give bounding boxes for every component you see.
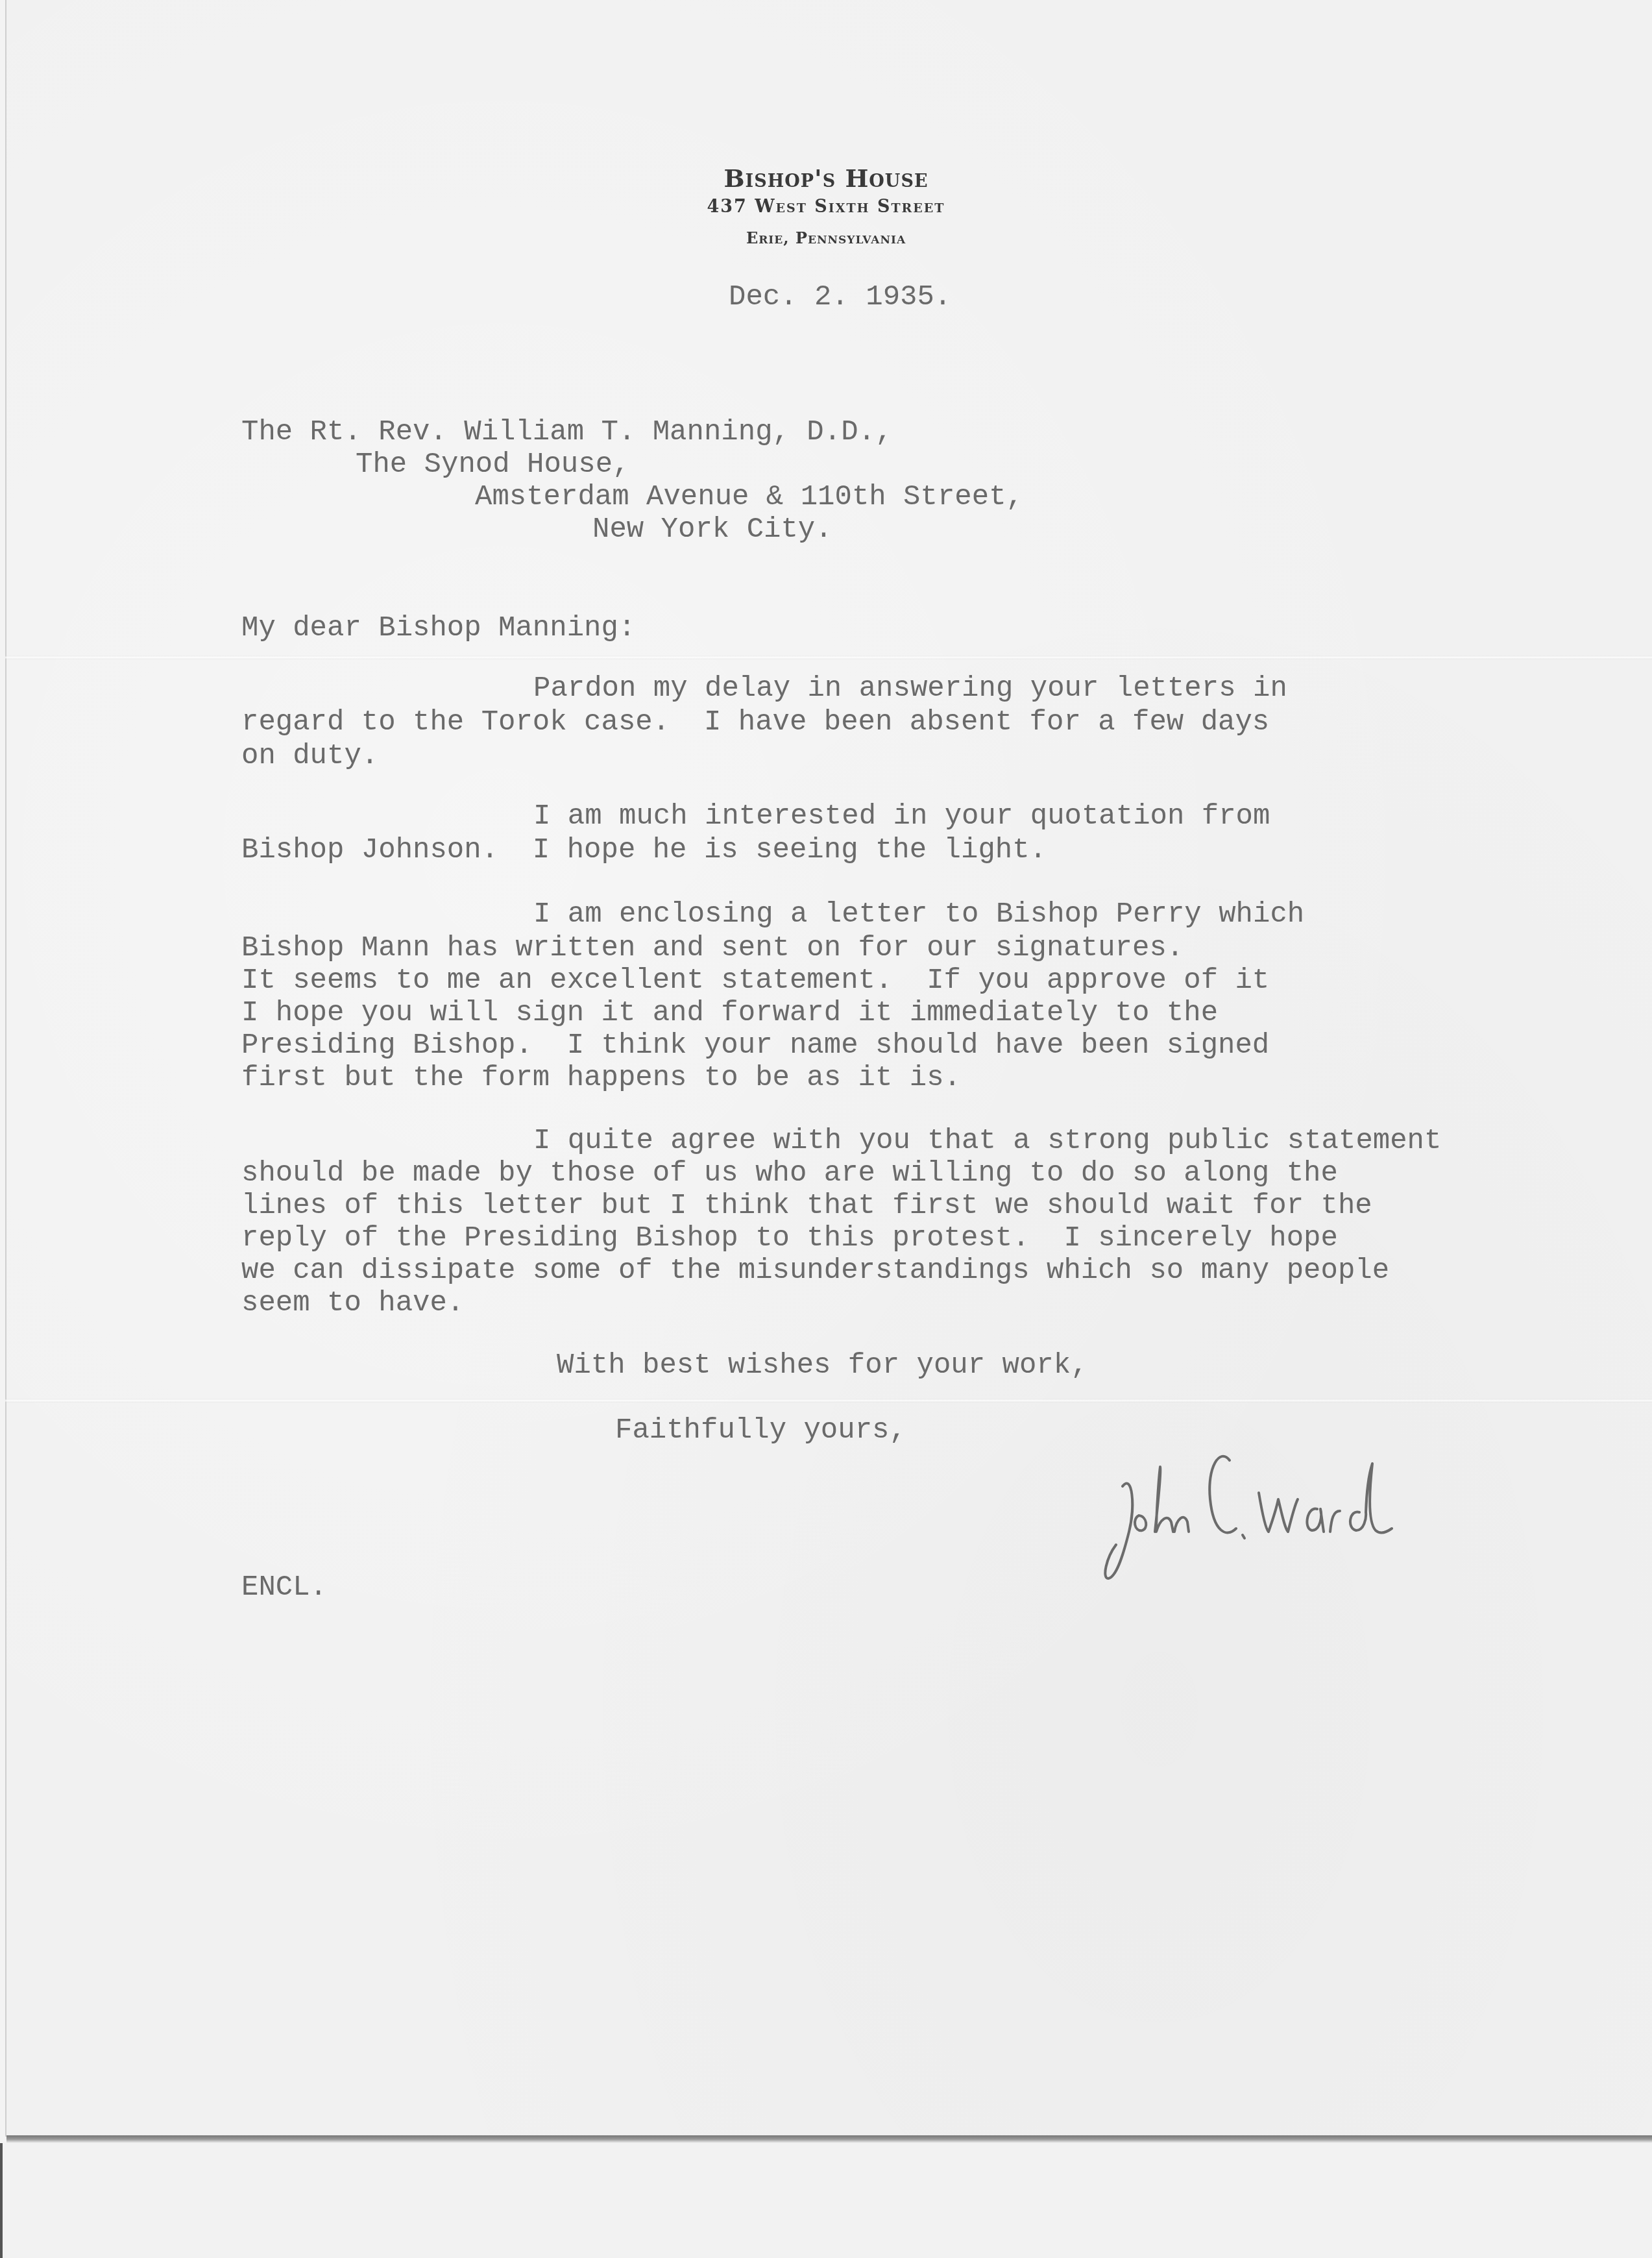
scanner-bed	[0, 2143, 1652, 2258]
paragraph-line: should be made by those of us who are wi…	[241, 1157, 1338, 1190]
paragraph-line: It seems to me an excellent statement. I…	[241, 964, 1269, 998]
letter-date: Dec. 2. 1935.	[729, 280, 951, 314]
paragraph-line: Bishop Johnson. I hope he is seeing the …	[241, 833, 1047, 867]
valediction: Faithfully yours,	[615, 1414, 906, 1447]
paragraph-line: lines of this letter but I think that fi…	[241, 1189, 1372, 1223]
recipient-line-1: The Rt. Rev. William T. Manning, D.D.,	[241, 415, 892, 449]
paper-edge-shadow	[6, 2135, 1652, 2143]
paragraph-line: I hope you will sign it and forward it i…	[241, 996, 1218, 1030]
salutation: My dear Bishop Manning:	[241, 611, 635, 645]
paragraph-line: reply of the Presiding Bishop to this pr…	[241, 1221, 1338, 1255]
letterhead-city: Erie, Pennsylvania	[0, 228, 1652, 247]
paragraph-line: Bishop Mann has written and sent on for …	[241, 931, 1184, 965]
paragraph-line: on duty.	[241, 739, 378, 773]
paragraph-line: I quite agree with you that a strong pub…	[533, 1124, 1441, 1158]
letterhead-name: Bishop's House	[0, 164, 1652, 193]
enclosure-notation: ENCL.	[241, 1571, 327, 1604]
recipient-line-2: The Synod House,	[356, 448, 629, 482]
paragraph-line: Pardon my delay in answering your letter…	[533, 672, 1287, 706]
paragraph-line: I am enclosing a letter to Bishop Perry …	[533, 898, 1304, 931]
paragraph-line: Presiding Bishop. I think your name shou…	[241, 1029, 1269, 1062]
recipient-line-4: New York City.	[592, 513, 832, 546]
paragraph-line: regard to the Torok case. I have been ab…	[241, 706, 1269, 739]
paragraph-line: seem to have.	[241, 1286, 464, 1320]
recipient-line-3: Amsterdam Avenue & 110th Street,	[475, 480, 1023, 514]
paper-fold-upper	[5, 656, 1652, 659]
handwritten-signature: John C. Ward	[1071, 1402, 1486, 1597]
closing-wishes: With best wishes for your work,	[557, 1349, 1088, 1382]
letterhead-street: 437 West Sixth Street	[0, 197, 1652, 217]
paragraph-line: first but the form happens to be as it i…	[241, 1061, 961, 1095]
paragraph-line: we can dissipate some of the misundersta…	[241, 1254, 1389, 1288]
paragraph-line: I am much interested in your quotation f…	[533, 800, 1270, 833]
